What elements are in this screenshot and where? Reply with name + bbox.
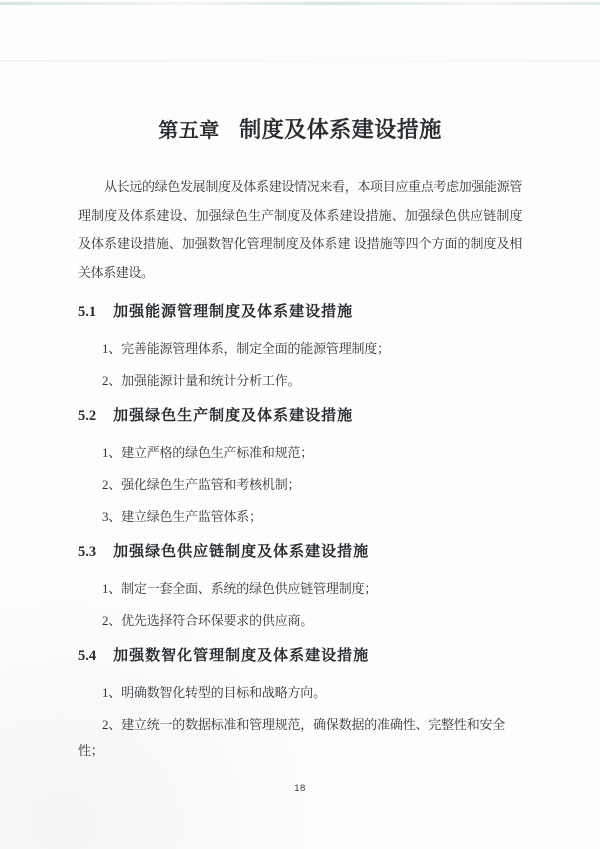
section-title: 加强能源管理制度及体系建设措施 — [113, 301, 353, 323]
document-page: 第五章 制度及体系建设措施 从长远的绿色发展制度及体系建设情况来看，本项目应重点… — [0, 0, 600, 849]
page-content: 第五章 制度及体系建设措施 从长远的绿色发展制度及体系建设情况来看，本项目应重点… — [78, 0, 522, 773]
section-items: 1、完善能源管理体系，制定全面的能源管理制度； 2、加强能源计量和统计分析工作。 — [78, 339, 522, 391]
section-5-4: 5.4 加强数智化管理制度及体系建设措施 1、明确数智化转型的目标和战略方向。 … — [78, 645, 522, 761]
section-number: 5.3 — [78, 541, 96, 563]
list-item: 1、明确数智化转型的目标和战略方向。 — [78, 683, 522, 703]
list-item: 2、加强能源计量和统计分析工作。 — [78, 371, 522, 391]
list-item: 3、建立绿色生产监管体系； — [78, 507, 522, 527]
page-number: 18 — [0, 783, 600, 794]
chapter-number: 第五章 — [158, 120, 220, 142]
list-item: 2、优先选择符合环保要求的供应商。 — [78, 611, 522, 631]
chapter-title-text: 制度及体系建设措施 — [239, 117, 442, 142]
section-title: 加强绿色供应链制度及体系建设措施 — [113, 541, 369, 563]
section-5-3: 5.3 加强绿色供应链制度及体系建设措施 1、制定一套全面、系统的绿色供应链管理… — [78, 541, 522, 631]
list-item: 2、强化绿色生产监管和考核机制； — [78, 475, 522, 495]
intro-line: 从长远的绿色发展制度及体系建设情况来看，本项目应重点考虑加强能源管 — [78, 173, 522, 202]
list-item: 2、建立统一的数据标准和管理规范，确保数据的准确性、完整性和安全 — [78, 715, 522, 735]
section-heading: 5.2 加强绿色生产制度及体系建设措施 — [78, 405, 522, 427]
section-heading: 5.1 加强能源管理制度及体系建设措施 — [78, 301, 522, 323]
section-number: 5.1 — [78, 301, 96, 323]
section-number: 5.4 — [78, 645, 96, 667]
section-title: 加强绿色生产制度及体系建设措施 — [113, 405, 353, 427]
section-5-1: 5.1 加强能源管理制度及体系建设措施 1、完善能源管理体系，制定全面的能源管理… — [78, 301, 522, 391]
list-item: 1、制定一套全面、系统的绿色供应链管理制度； — [78, 579, 522, 599]
section-heading: 5.4 加强数智化管理制度及体系建设措施 — [78, 645, 522, 667]
intro-line: 理制度及体系建设、加强绿色生产制度及体系建设措施、加强绿色供应链制度 — [78, 202, 522, 231]
intro-paragraph: 从长远的绿色发展制度及体系建设情况来看，本项目应重点考虑加强能源管 理制度及体系… — [78, 173, 522, 287]
list-item: 1、建立严格的绿色生产标准和规范； — [78, 443, 522, 463]
intro-line: 关体系建设。 — [78, 259, 522, 288]
section-items: 1、建立严格的绿色生产标准和规范； 2、强化绿色生产监管和考核机制； 3、建立绿… — [78, 443, 522, 527]
list-item: 1、完善能源管理体系，制定全面的能源管理制度； — [78, 339, 522, 359]
section-heading: 5.3 加强绿色供应链制度及体系建设措施 — [78, 541, 522, 563]
section-number: 5.2 — [78, 405, 96, 427]
section-items: 1、明确数智化转型的目标和战略方向。 2、建立统一的数据标准和管理规范，确保数据… — [78, 683, 522, 761]
section-items: 1、制定一套全面、系统的绿色供应链管理制度； 2、优先选择符合环保要求的供应商。 — [78, 579, 522, 631]
section-5-2: 5.2 加强绿色生产制度及体系建设措施 1、建立严格的绿色生产标准和规范； 2、… — [78, 405, 522, 527]
chapter-title: 第五章 制度及体系建设措施 — [78, 110, 522, 147]
list-item-continuation: 性； — [78, 741, 522, 761]
section-title: 加强数智化管理制度及体系建设措施 — [113, 645, 369, 667]
intro-line: 及体系建设措施、加强数智化管理制度及体系建 设措施等四个方面的制度及相 — [78, 230, 522, 259]
